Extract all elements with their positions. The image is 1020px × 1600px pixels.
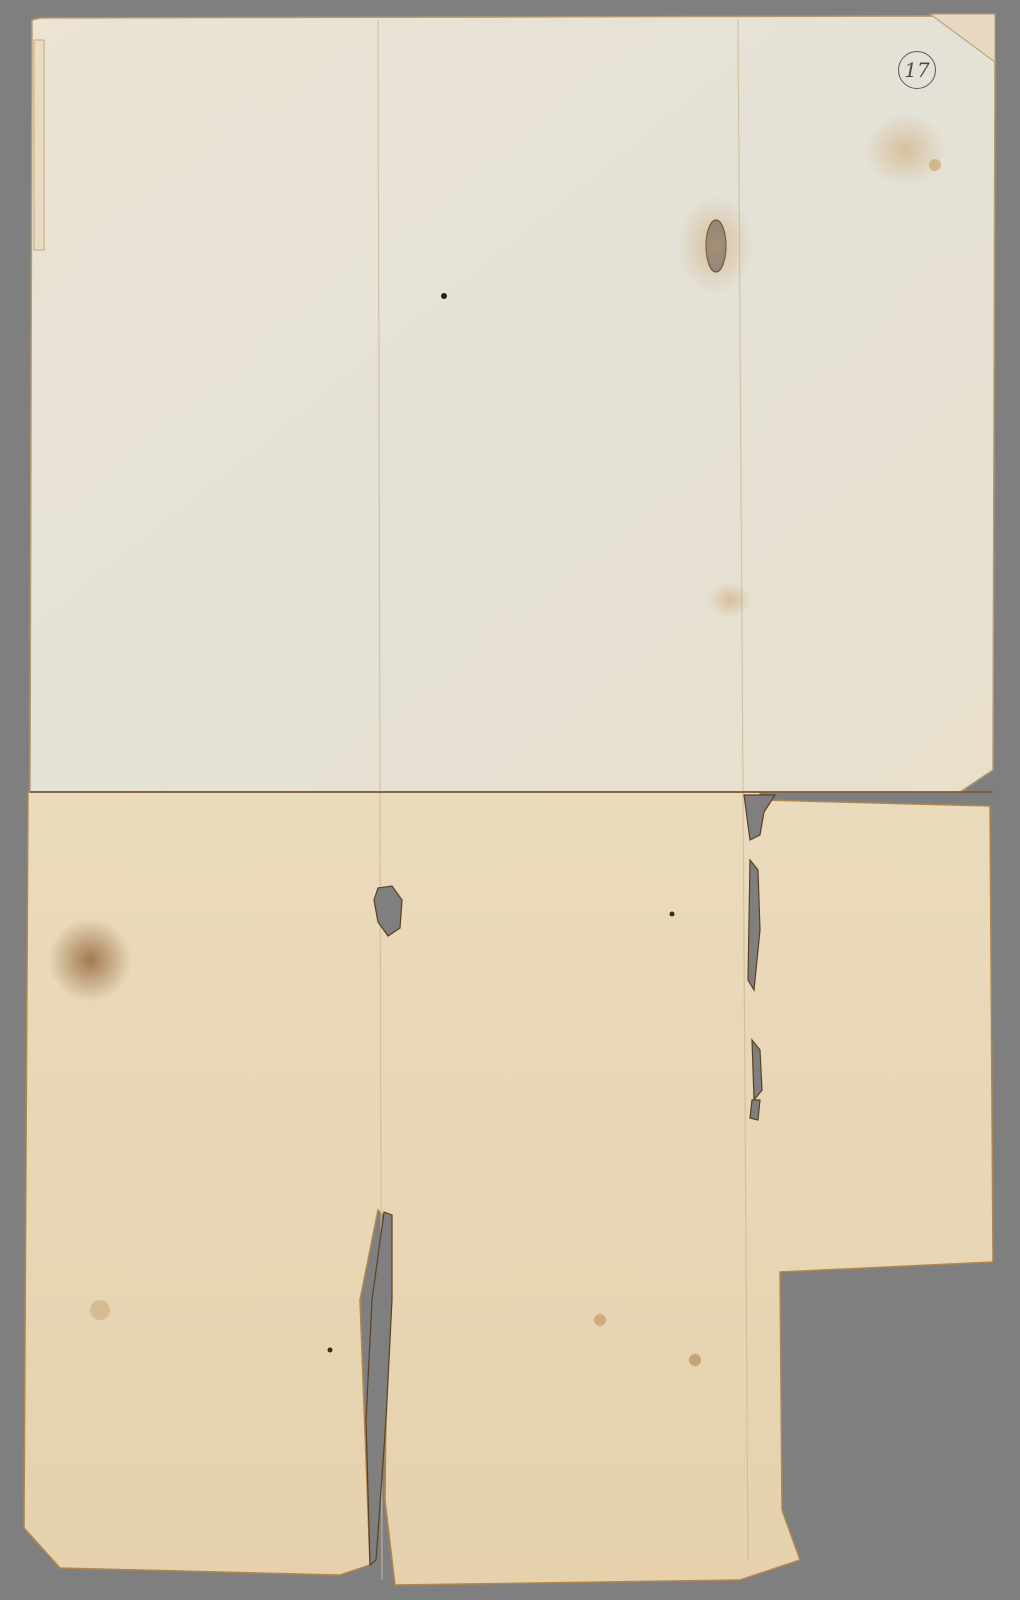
folio-number-annotation: 17 [898, 51, 936, 89]
document-scan [0, 0, 1020, 1600]
paper-lower-panel [24, 792, 993, 1585]
paper-upper-panel [30, 14, 995, 792]
